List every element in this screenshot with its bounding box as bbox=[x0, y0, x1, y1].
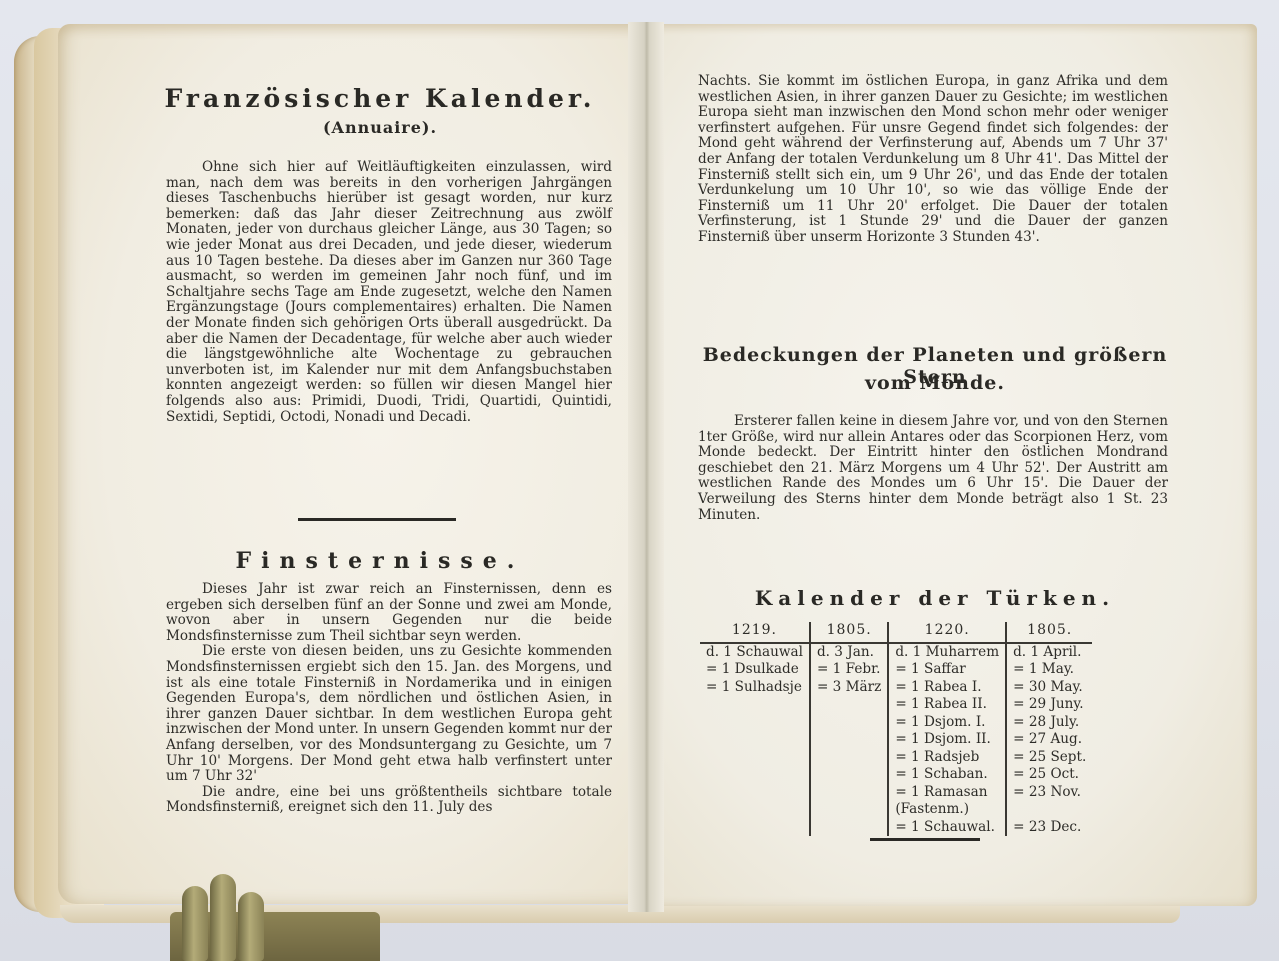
cell: = 1 Rabea I. bbox=[888, 679, 1006, 697]
cell bbox=[700, 749, 810, 767]
cell: = 1 Febr. bbox=[810, 661, 888, 679]
occultations-paragraph: Ersterer fallen keine in diesem Jahre vo… bbox=[698, 414, 1168, 523]
turkish-calendar-table: 1219. 1805. 1220. 1805. d. 1 Schauwal d.… bbox=[700, 622, 1092, 836]
cell bbox=[810, 749, 888, 767]
table-row: = 1 Dsjom. II. = 27 Aug. bbox=[700, 731, 1092, 749]
header-year-1805-b: 1805. bbox=[1006, 622, 1092, 643]
cell bbox=[810, 731, 888, 749]
cell bbox=[700, 784, 810, 802]
cell: = 23 Dec. bbox=[1006, 819, 1092, 837]
cell: = 1 Ramasan bbox=[888, 784, 1006, 802]
eclipse-paragraph-1: Dieses Jahr ist zwar reich an Finsternis… bbox=[166, 582, 612, 644]
cell bbox=[810, 696, 888, 714]
stand-finger bbox=[238, 892, 264, 961]
cell bbox=[810, 766, 888, 784]
cell bbox=[700, 714, 810, 732]
table-row: = 1 Sulhadsje = 3 März = 1 Rabea I. = 30… bbox=[700, 679, 1092, 697]
left-page-subtitle: (Annuaire). bbox=[150, 118, 610, 137]
table-row: = 1 Radsjeb = 25 Sept. bbox=[700, 749, 1092, 767]
cell: = 1 Saffar bbox=[888, 661, 1006, 679]
cell: = 1 Dsulkade bbox=[700, 661, 810, 679]
eclipses-paragraphs: Dieses Jahr ist zwar reich an Finsternis… bbox=[166, 582, 612, 816]
table-end-rule bbox=[870, 838, 980, 841]
paragraph-text: Ohne sich hier auf Weitläuftigkeiten ein… bbox=[166, 160, 612, 425]
cell: = 1 Dsjom. II. bbox=[888, 731, 1006, 749]
table-row: = 1 Rabea II. = 29 Juny. bbox=[700, 696, 1092, 714]
cell bbox=[700, 801, 810, 819]
table-row: = 1 Dsulkade = 1 Febr. = 1 Saffar = 1 Ma… bbox=[700, 661, 1092, 679]
continuation-text: Nachts. Sie kommt im östlichen Europa, i… bbox=[698, 74, 1168, 246]
cell: = 1 Sulhadsje bbox=[700, 679, 810, 697]
cell: = 1 Schauwal. bbox=[888, 819, 1006, 837]
table-row: = 1 Ramasan = 23 Nov. bbox=[700, 784, 1092, 802]
cell bbox=[810, 819, 888, 837]
cell: = 1 Dsjom. I. bbox=[888, 714, 1006, 732]
cell: d. 1 April. bbox=[1006, 643, 1092, 662]
turkish-calendar-title: Kalender der Türken. bbox=[690, 586, 1180, 610]
cell: = 29 Juny. bbox=[1006, 696, 1092, 714]
eclipse-paragraph-2: Die erste von diesen beiden, uns zu Gesi… bbox=[166, 644, 612, 784]
cell: = 28 July. bbox=[1006, 714, 1092, 732]
section-divider bbox=[298, 518, 456, 521]
cell: = 3 März bbox=[810, 679, 888, 697]
cell: = 25 Sept. bbox=[1006, 749, 1092, 767]
header-year-1805-a: 1805. bbox=[810, 622, 888, 643]
cell: (Fastenm.) bbox=[888, 801, 1006, 819]
eclipse-continuation: Nachts. Sie kommt im östlichen Europa, i… bbox=[698, 74, 1168, 246]
table-row: = 1 Schaban. = 25 Oct. bbox=[700, 766, 1092, 784]
cell bbox=[700, 731, 810, 749]
cell bbox=[810, 714, 888, 732]
eclipse-paragraph-3: Die andre, eine bei uns größtentheils si… bbox=[166, 785, 612, 816]
cell: = 1 Schaban. bbox=[888, 766, 1006, 784]
occultations-text: Ersterer fallen keine in diesem Jahre vo… bbox=[698, 414, 1168, 523]
cell: = 1 May. bbox=[1006, 661, 1092, 679]
brass-book-stand bbox=[170, 872, 380, 961]
french-calendar-paragraph: Ohne sich hier auf Weitläuftigkeiten ein… bbox=[166, 160, 612, 425]
open-book: Französischer Kalender. (Annuaire). Ohne… bbox=[0, 0, 1279, 961]
cell: = 1 Radsjeb bbox=[888, 749, 1006, 767]
table-header-row: 1219. 1805. 1220. 1805. bbox=[700, 622, 1092, 643]
cell: = 30 May. bbox=[1006, 679, 1092, 697]
table-row: (Fastenm.) bbox=[700, 801, 1092, 819]
occultations-title-line2: vom Monde. bbox=[690, 372, 1180, 394]
cell: d. 1 Muharrem bbox=[888, 643, 1006, 662]
cell: = 1 Rabea II. bbox=[888, 696, 1006, 714]
header-year-1220: 1220. bbox=[888, 622, 1006, 643]
table-row: = 1 Schauwal. = 23 Dec. bbox=[700, 819, 1092, 837]
header-year-1219: 1219. bbox=[700, 622, 810, 643]
left-page-title: Französischer Kalender. bbox=[150, 84, 610, 113]
cell: d. 1 Schauwal bbox=[700, 643, 810, 662]
cell: = 23 Nov. bbox=[1006, 784, 1092, 802]
cell bbox=[810, 784, 888, 802]
cell: = 25 Oct. bbox=[1006, 766, 1092, 784]
book-gutter bbox=[628, 22, 664, 912]
cell bbox=[700, 696, 810, 714]
table-row: = 1 Dsjom. I. = 28 July. bbox=[700, 714, 1092, 732]
cell bbox=[810, 801, 888, 819]
cell bbox=[700, 819, 810, 837]
table-row: d. 1 Schauwal d. 3 Jan. d. 1 Muharrem d.… bbox=[700, 643, 1092, 662]
cell: = 27 Aug. bbox=[1006, 731, 1092, 749]
stand-finger bbox=[182, 886, 208, 961]
stand-finger bbox=[210, 874, 236, 961]
cell: d. 3 Jan. bbox=[810, 643, 888, 662]
cell bbox=[1006, 801, 1092, 819]
cell bbox=[700, 766, 810, 784]
eclipses-title: Finsternisse. bbox=[150, 548, 610, 574]
